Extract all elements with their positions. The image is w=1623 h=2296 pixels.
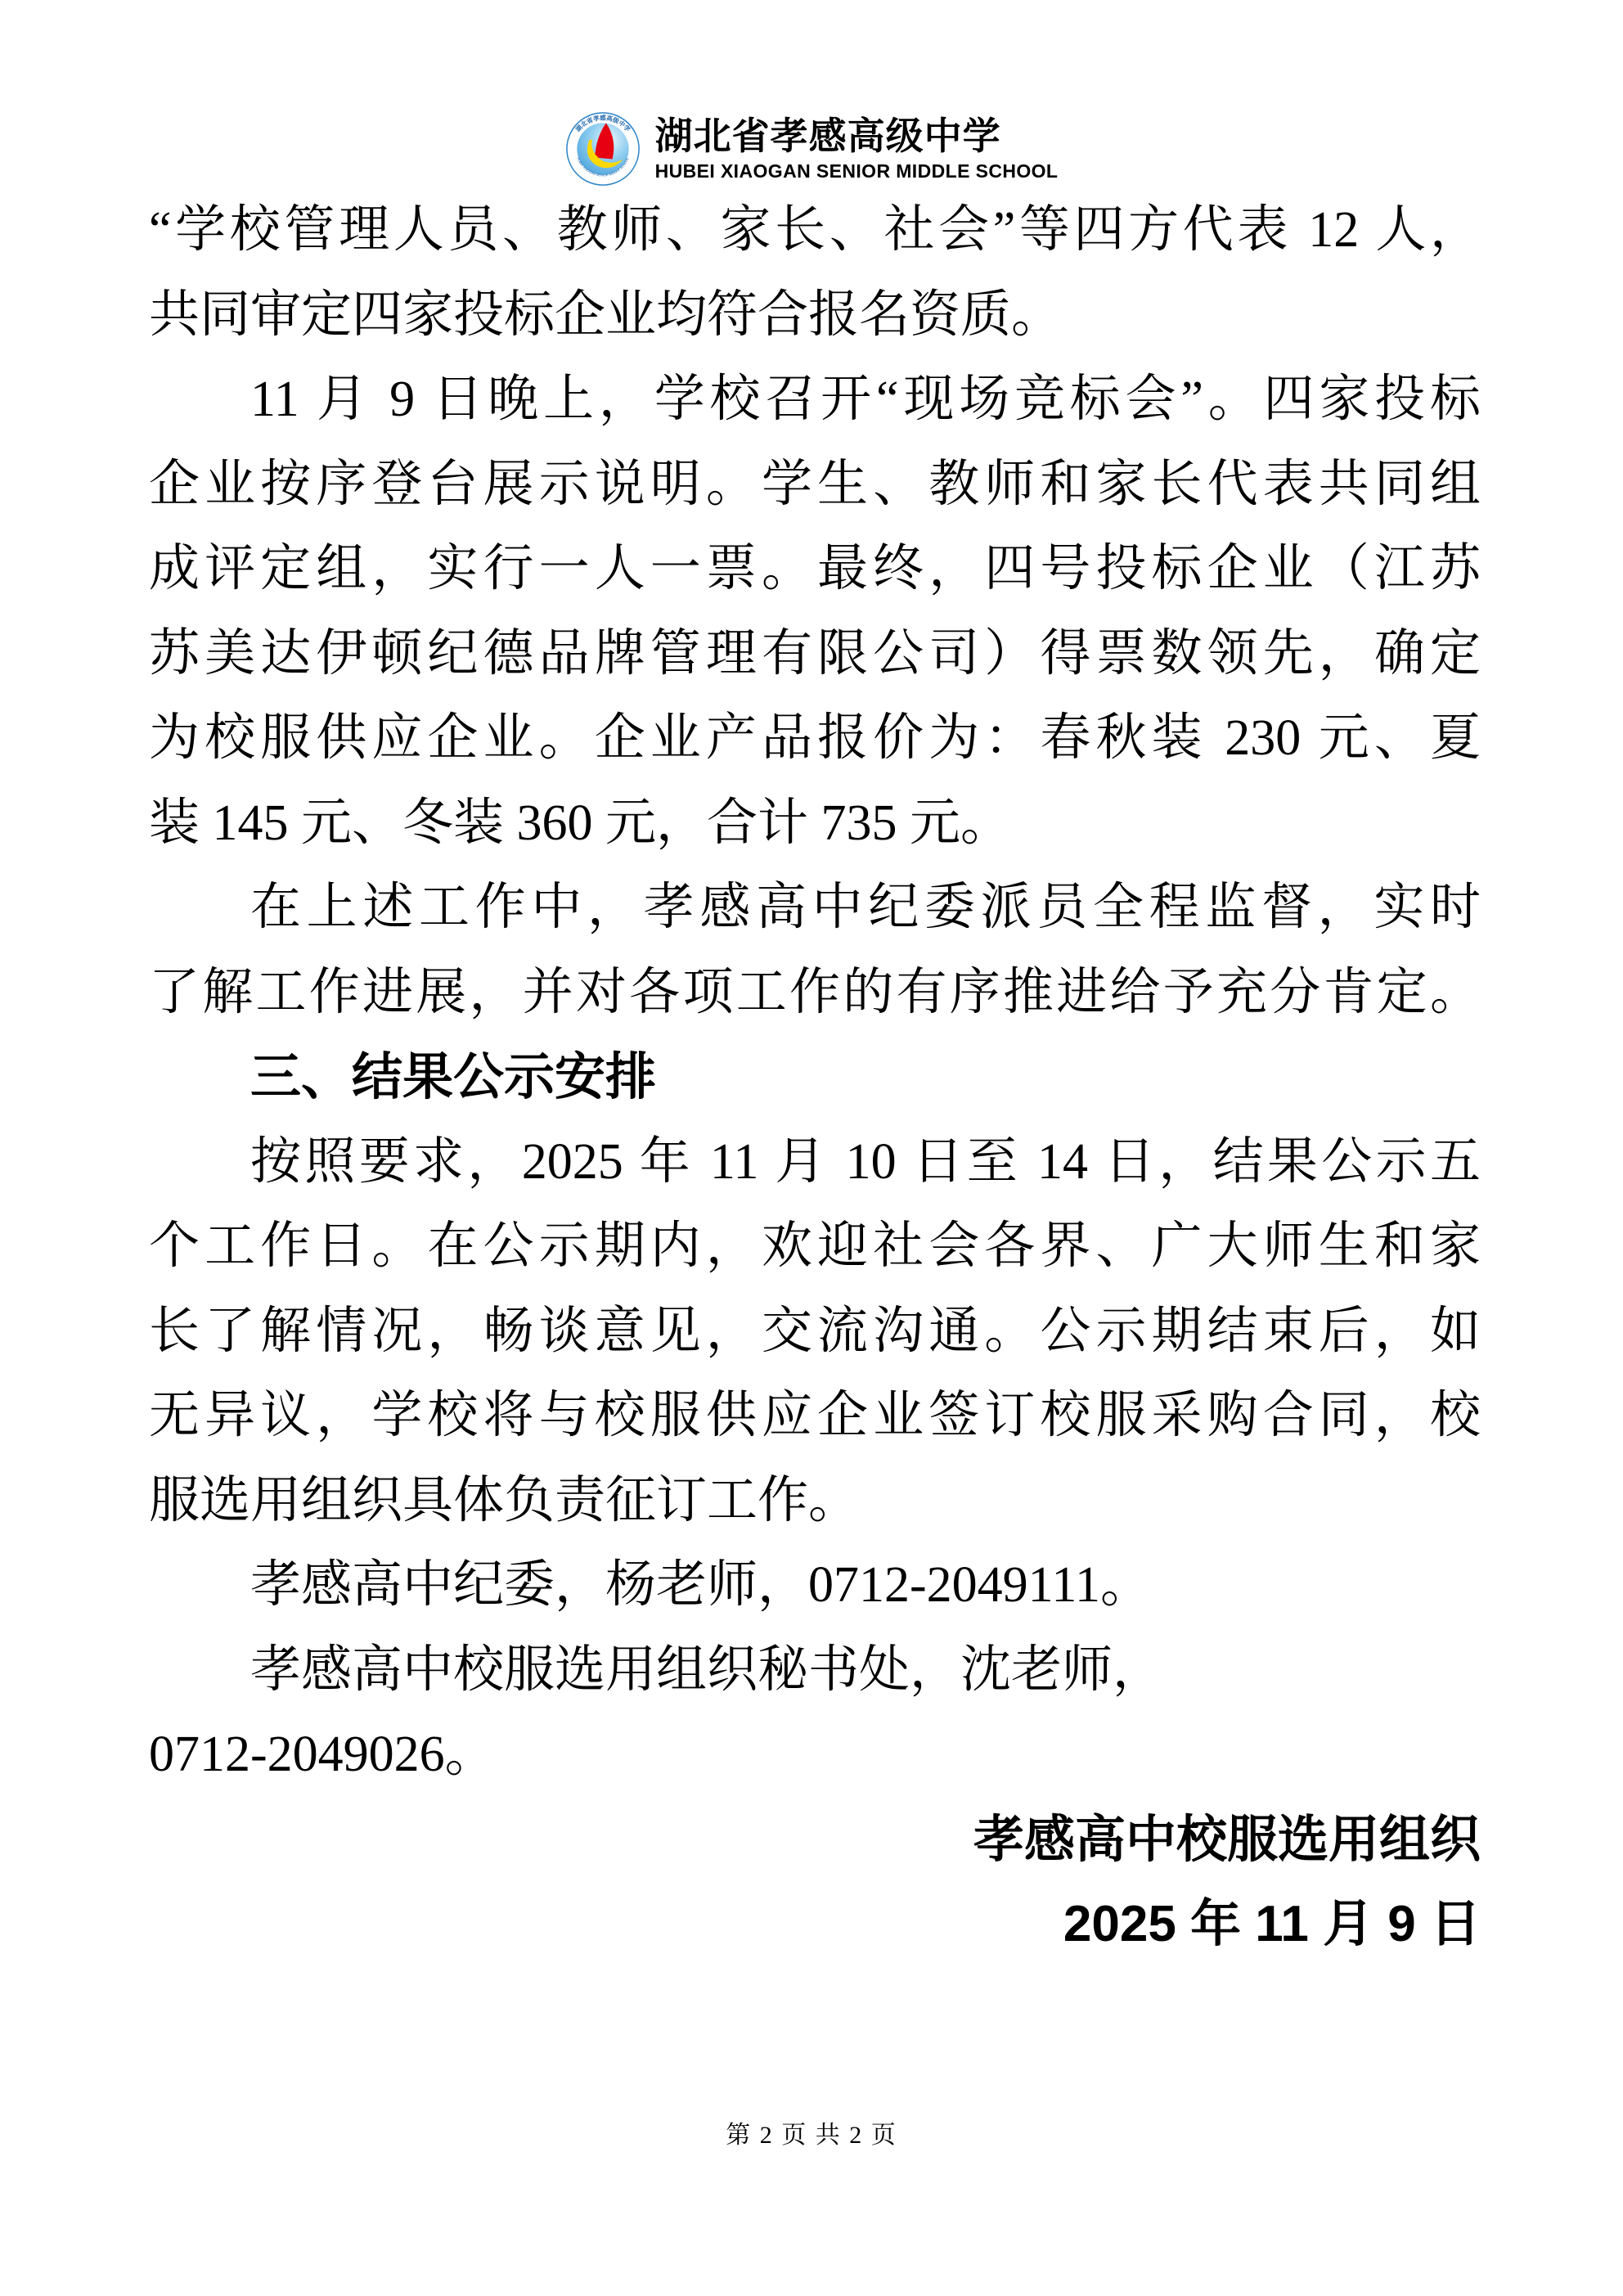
document-line: 个工作日。在公示期内，欢迎社会各界、广大师生和家 bbox=[149, 1204, 1481, 1290]
school-name-en: HUBEI XIAOGAN SENIOR MIDDLE SCHOOL bbox=[655, 160, 1059, 182]
school-badge-icon: 湖北省孝感高级中学 HUBEI XIAOGAN SENIOR MIDDLE SC… bbox=[565, 111, 641, 187]
document-line: 了解工作进展，并对各项工作的有序推进给予充分肯定。 bbox=[149, 951, 1481, 1036]
document-line: 服选用组织具体负责征订工作。 bbox=[149, 1459, 1481, 1544]
document-line: 为校服供应企业。企业产品报价为：春秋装 230 元、夏 bbox=[149, 696, 1481, 781]
document-header: 湖北省孝感高级中学 HUBEI XIAOGAN SENIOR MIDDLE SC… bbox=[0, 111, 1623, 187]
page-number: 第 2 页 共 2 页 bbox=[0, 2121, 1623, 2150]
document-line: 装 145 元、冬装 360 元，合计 735 元。 bbox=[149, 781, 1481, 867]
section-heading: 三、结果公示安排 bbox=[149, 1035, 1481, 1120]
document-line: 长了解情况，畅谈意见，交流沟通。公示期结束后，如 bbox=[149, 1290, 1481, 1375]
signature-org: 孝感高中校服选用组织 bbox=[149, 1798, 1481, 1883]
document-line: “学校管理人员、教师、家长、社会”等四方代表 12 人， bbox=[149, 188, 1481, 273]
contact-line-discipline: 孝感高中纪委，杨老师，0712-2049111。 bbox=[149, 1543, 1481, 1628]
signature-date: 2025 年 11 月 9 日 bbox=[149, 1882, 1481, 1967]
document-line: 按照要求，2025 年 11 月 10 日至 14 日，结果公示五 bbox=[149, 1120, 1481, 1205]
contact-line-phone: 0712-2049026。 bbox=[149, 1713, 1481, 1798]
document-line: 成评定组，实行一人一票。最终，四号投标企业（江苏 bbox=[149, 527, 1481, 612]
contact-line-secretariat: 孝感高中校服选用组织秘书处，沈老师， bbox=[149, 1628, 1481, 1713]
document-line: 无异议，学校将与校服供应企业签订校服采购合同，校 bbox=[149, 1374, 1481, 1459]
document-line: 在上述工作中，孝感高中纪委派员全程监督，实时 bbox=[149, 866, 1481, 951]
document-line: 共同审定四家投标企业均符合报名资质。 bbox=[149, 273, 1481, 358]
document-line: 11 月 9 日晚上，学校召开“现场竞标会”。四家投标 bbox=[149, 358, 1481, 443]
document-body: “学校管理人员、教师、家长、社会”等四方代表 12 人， 共同审定四家投标企业均… bbox=[149, 188, 1481, 1967]
document-line: 苏美达伊顿纪德品牌管理有限公司）得票数领先，确定 bbox=[149, 612, 1481, 697]
school-titles: 湖北省孝感高级中学 HUBEI XIAOGAN SENIOR MIDDLE SC… bbox=[655, 117, 1059, 182]
school-name-cn: 湖北省孝感高级中学 bbox=[655, 117, 1001, 156]
document-line: 企业按序登台展示说明。学生、教师和家长代表共同组 bbox=[149, 443, 1481, 528]
document-page: 湖北省孝感高级中学 HUBEI XIAOGAN SENIOR MIDDLE SC… bbox=[0, 0, 1623, 2296]
